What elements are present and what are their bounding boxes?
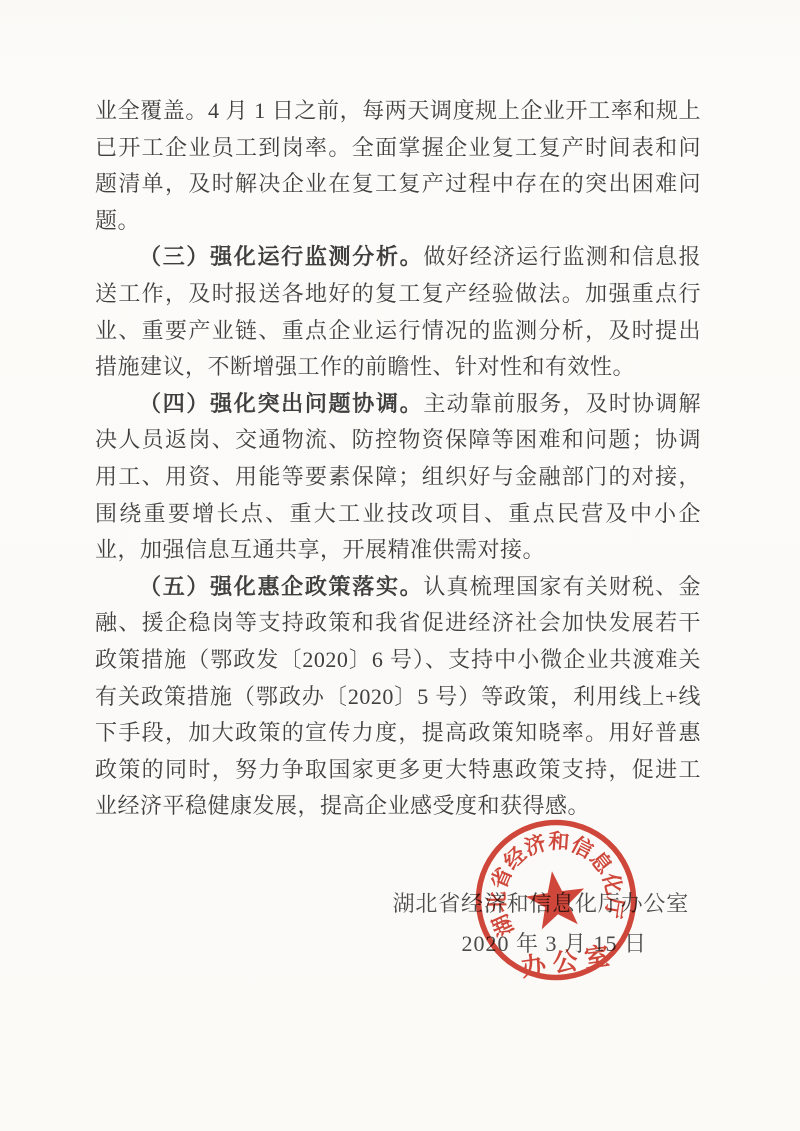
- paragraph-item-3: （三）强化运行监测分析。做好经济运行监测和信息报送工作，及时报送各地好的复工复产…: [95, 239, 701, 385]
- document-body: 业全覆盖。4 月 1 日之前，每两天调度规上企业开工率和规上已开工企业员工到岗率…: [95, 93, 701, 825]
- seal-star-icon: [523, 867, 589, 931]
- paragraph-continuation: 业全覆盖。4 月 1 日之前，每两天调度规上企业开工率和规上已开工企业员工到岗率…: [95, 93, 701, 239]
- scanned-page: 业全覆盖。4 月 1 日之前，每两天调度规上企业开工率和规上已开工企业员工到岗率…: [0, 0, 800, 1131]
- paragraph-text: 认真梳理国家有关财税、金融、援企稳岗等支持政策和我省促进经济社会加快发展若干政策…: [95, 574, 701, 819]
- paragraph-bold-prefix: （三）强化运行监测分析。: [139, 244, 423, 269]
- paragraph-bold-prefix: （五）强化惠企政策落实。: [139, 574, 423, 599]
- paragraph-item-5: （五）强化惠企政策落实。认真梳理国家有关财税、金融、援企稳岗等支持政策和我省促进…: [95, 569, 701, 825]
- paragraph-item-4: （四）强化突出问题协调。主动靠前服务，及时协调解决人员返岗、交通物流、防控物资保…: [95, 386, 701, 569]
- paragraph-bold-prefix: （四）强化突出问题协调。: [139, 391, 423, 416]
- official-seal: 湖北省经济和信息化厅 办公室: [461, 805, 651, 995]
- paragraph-text: 主动靠前服务，及时协调解决人员返岗、交通物流、防控物资保障等困难和问题；协调用工…: [95, 391, 701, 562]
- paragraph-text: 业全覆盖。4 月 1 日之前，每两天调度规上企业开工率和规上已开工企业员工到岗率…: [95, 98, 701, 233]
